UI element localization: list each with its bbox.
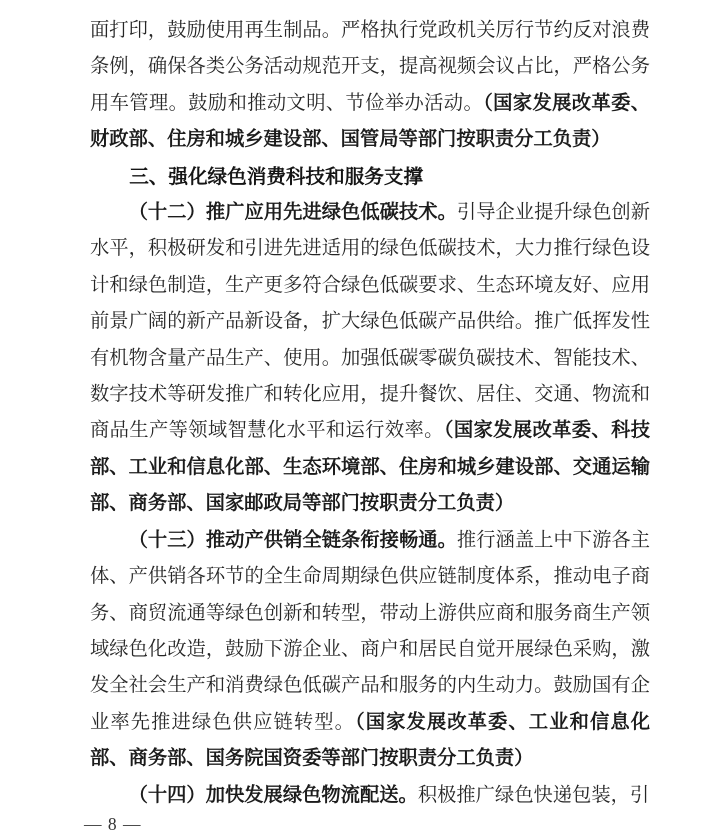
item-lead-sentence: （十四）加快发展绿色物流配送。 [129,785,418,806]
body-text: 积极推广绿色快递包装，引 [418,785,649,806]
item-lead-sentence: （十三）推动产供销全链条衔接畅通。 [129,530,457,551]
page-number: — 8 — [84,813,650,836]
document-page: 面打印，鼓励使用再生制品。严格执行党政机关厉行节约反对浪费条例，确保各类公务活动… [0,0,725,839]
body-text: 推行涵盖上中下游各主体、产供销各环节的全生命周期绿色供应链制度体系，推动电子商务… [90,530,650,733]
paragraph-continuation: 面打印，鼓励使用再生制品。严格执行党政机关厉行节约反对浪费条例，确保各类公务活动… [90,13,650,159]
item-lead-sentence: （十二）推广应用先进绿色低碳技术。 [129,202,457,223]
section-heading: 三、强化绿色消费科技和服务支撑 [90,159,650,195]
body-text: 引导企业提升绿色创新水平，积极研发和引进先进适用的绿色低碳技术，大力推行绿色设计… [90,202,650,441]
paragraph-item-12: （十二）推广应用先进绿色低碳技术。引导企业提升绿色创新水平，积极研发和引进先进适… [90,195,650,523]
paragraph-item-13: （十三）推动产供销全链条衔接畅通。推行涵盖上中下游各主体、产供销各环节的全生命周… [90,523,650,778]
paragraph-item-14: （十四）加快发展绿色物流配送。积极推广绿色快递包装，引 [90,778,650,814]
